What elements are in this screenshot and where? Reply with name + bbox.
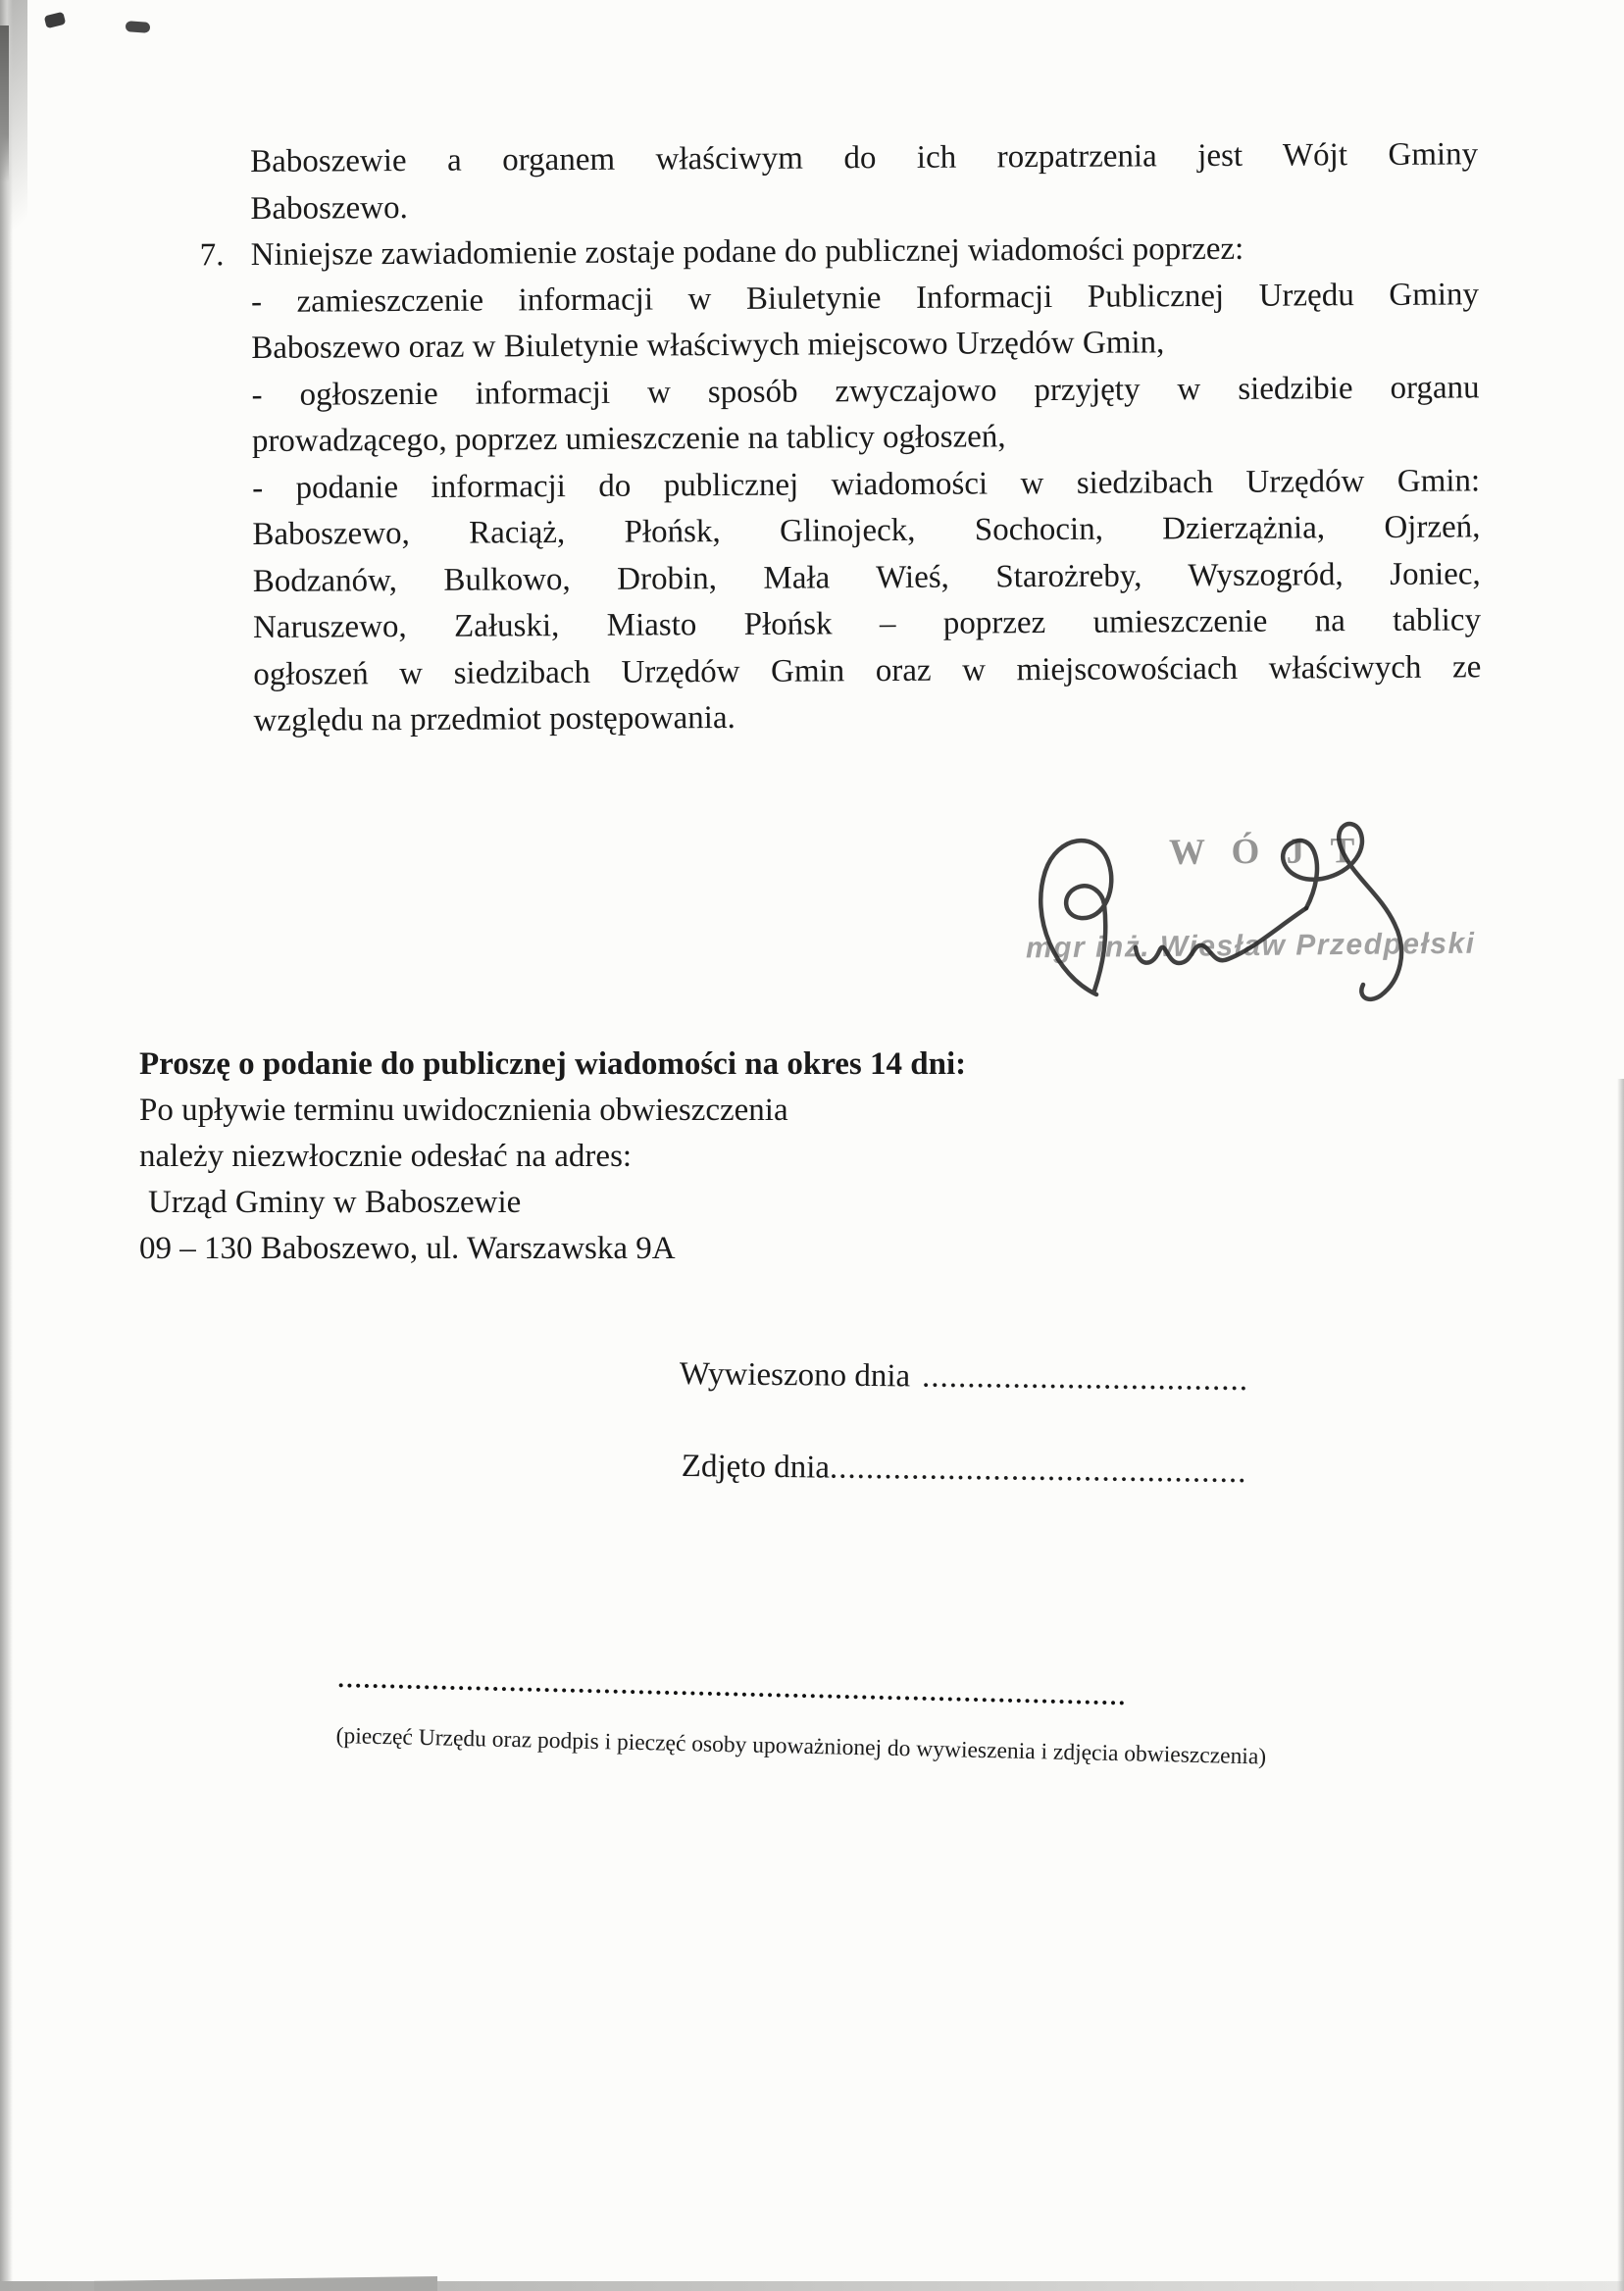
list-item-7: 7. Niniejsze zawiadomienie zostaje podan… (251, 225, 1482, 744)
text-line: Naruszewo, Załuski, Miasto Płońsk – popr… (253, 597, 1481, 651)
notice-line: Po upływie terminu uwidocznienia obwiesz… (139, 1088, 966, 1134)
text-line: - ogłoszenie informacji w sposób zwyczaj… (251, 365, 1479, 419)
notice-line-address: 09 – 130 Baboszewo, ul. Warszawska 9A (139, 1226, 966, 1272)
signature-stroke (1040, 840, 1111, 994)
handwritten-signature (1020, 802, 1442, 1013)
list-item-number: 7. (200, 232, 225, 280)
notice-line-address: Urząd Gminy w Baboszewie (139, 1180, 966, 1226)
posted-date-label: Wywieszono dnia (680, 1356, 911, 1394)
signature-stroke (1136, 908, 1306, 963)
text-line: ogłoszeń w siedzibach Urzędów Gmin oraz … (253, 644, 1481, 698)
text-line: Baboszewie a organem właściwym do ich ro… (250, 131, 1478, 185)
text-line: względu na przedmiot postępowania. (253, 690, 1481, 744)
text-line: - podanie informacji do publicznej wiado… (252, 458, 1480, 512)
footer-caption: (pieczęć Urzędu oraz podpis i pieczęć os… (335, 1721, 1266, 1772)
notice-block: Proszę o podanie do publicznej wiadomośc… (139, 1042, 966, 1272)
removed-date-line: Zdjęto dnia.............................… (682, 1448, 1247, 1493)
text-line: Baboszewo, Raciąż, Płońsk, Glinojeck, So… (252, 504, 1480, 558)
document-page: Baboszewie a organem właściwym do ich ro… (0, 0, 1624, 2291)
paragraph-continuation: Baboszewie a organem właściwym do ich ro… (250, 131, 1479, 232)
scan-artifact-bottom-wedge (94, 2276, 437, 2291)
scan-artifact-speck (126, 21, 151, 33)
text-line: Niniejsze zawiadomienie zostaje podane d… (251, 225, 1479, 279)
text-line: Baboszewo. (250, 178, 1478, 232)
removed-date-label: Zdjęto dnia (682, 1449, 831, 1486)
scan-artifact-right-edge (1617, 1079, 1624, 2291)
text-line: prowadzącego, poprzez umieszczenie na ta… (252, 411, 1480, 465)
body-text: Baboszewie a organem właściwym do ich ro… (250, 131, 1482, 744)
scan-artifact-left-edge-dark (0, 25, 9, 182)
posted-date-dots: .................................... (922, 1359, 1248, 1398)
scan-artifact-left-edge (0, 0, 13, 2291)
notice-heading: Proszę o podanie do publicznej wiadomośc… (139, 1042, 966, 1088)
posted-date-line: Wywieszono dnia.........................… (680, 1355, 1249, 1400)
scan-artifact-speck (44, 12, 67, 28)
text-line: Baboszewo oraz w Biuletynie właściwych m… (251, 318, 1479, 372)
footer-dotted-line: ........................................… (337, 1667, 1127, 1709)
text-line: Bodzanów, Bulkowo, Drobin, Mała Wieś, St… (253, 551, 1481, 605)
text-line: - zamieszczenie informacji w Biuletynie … (251, 272, 1479, 326)
notice-line: należy niezwłocznie odesłać na adres: (139, 1134, 966, 1180)
removed-date-dots: ........................................… (830, 1451, 1247, 1490)
